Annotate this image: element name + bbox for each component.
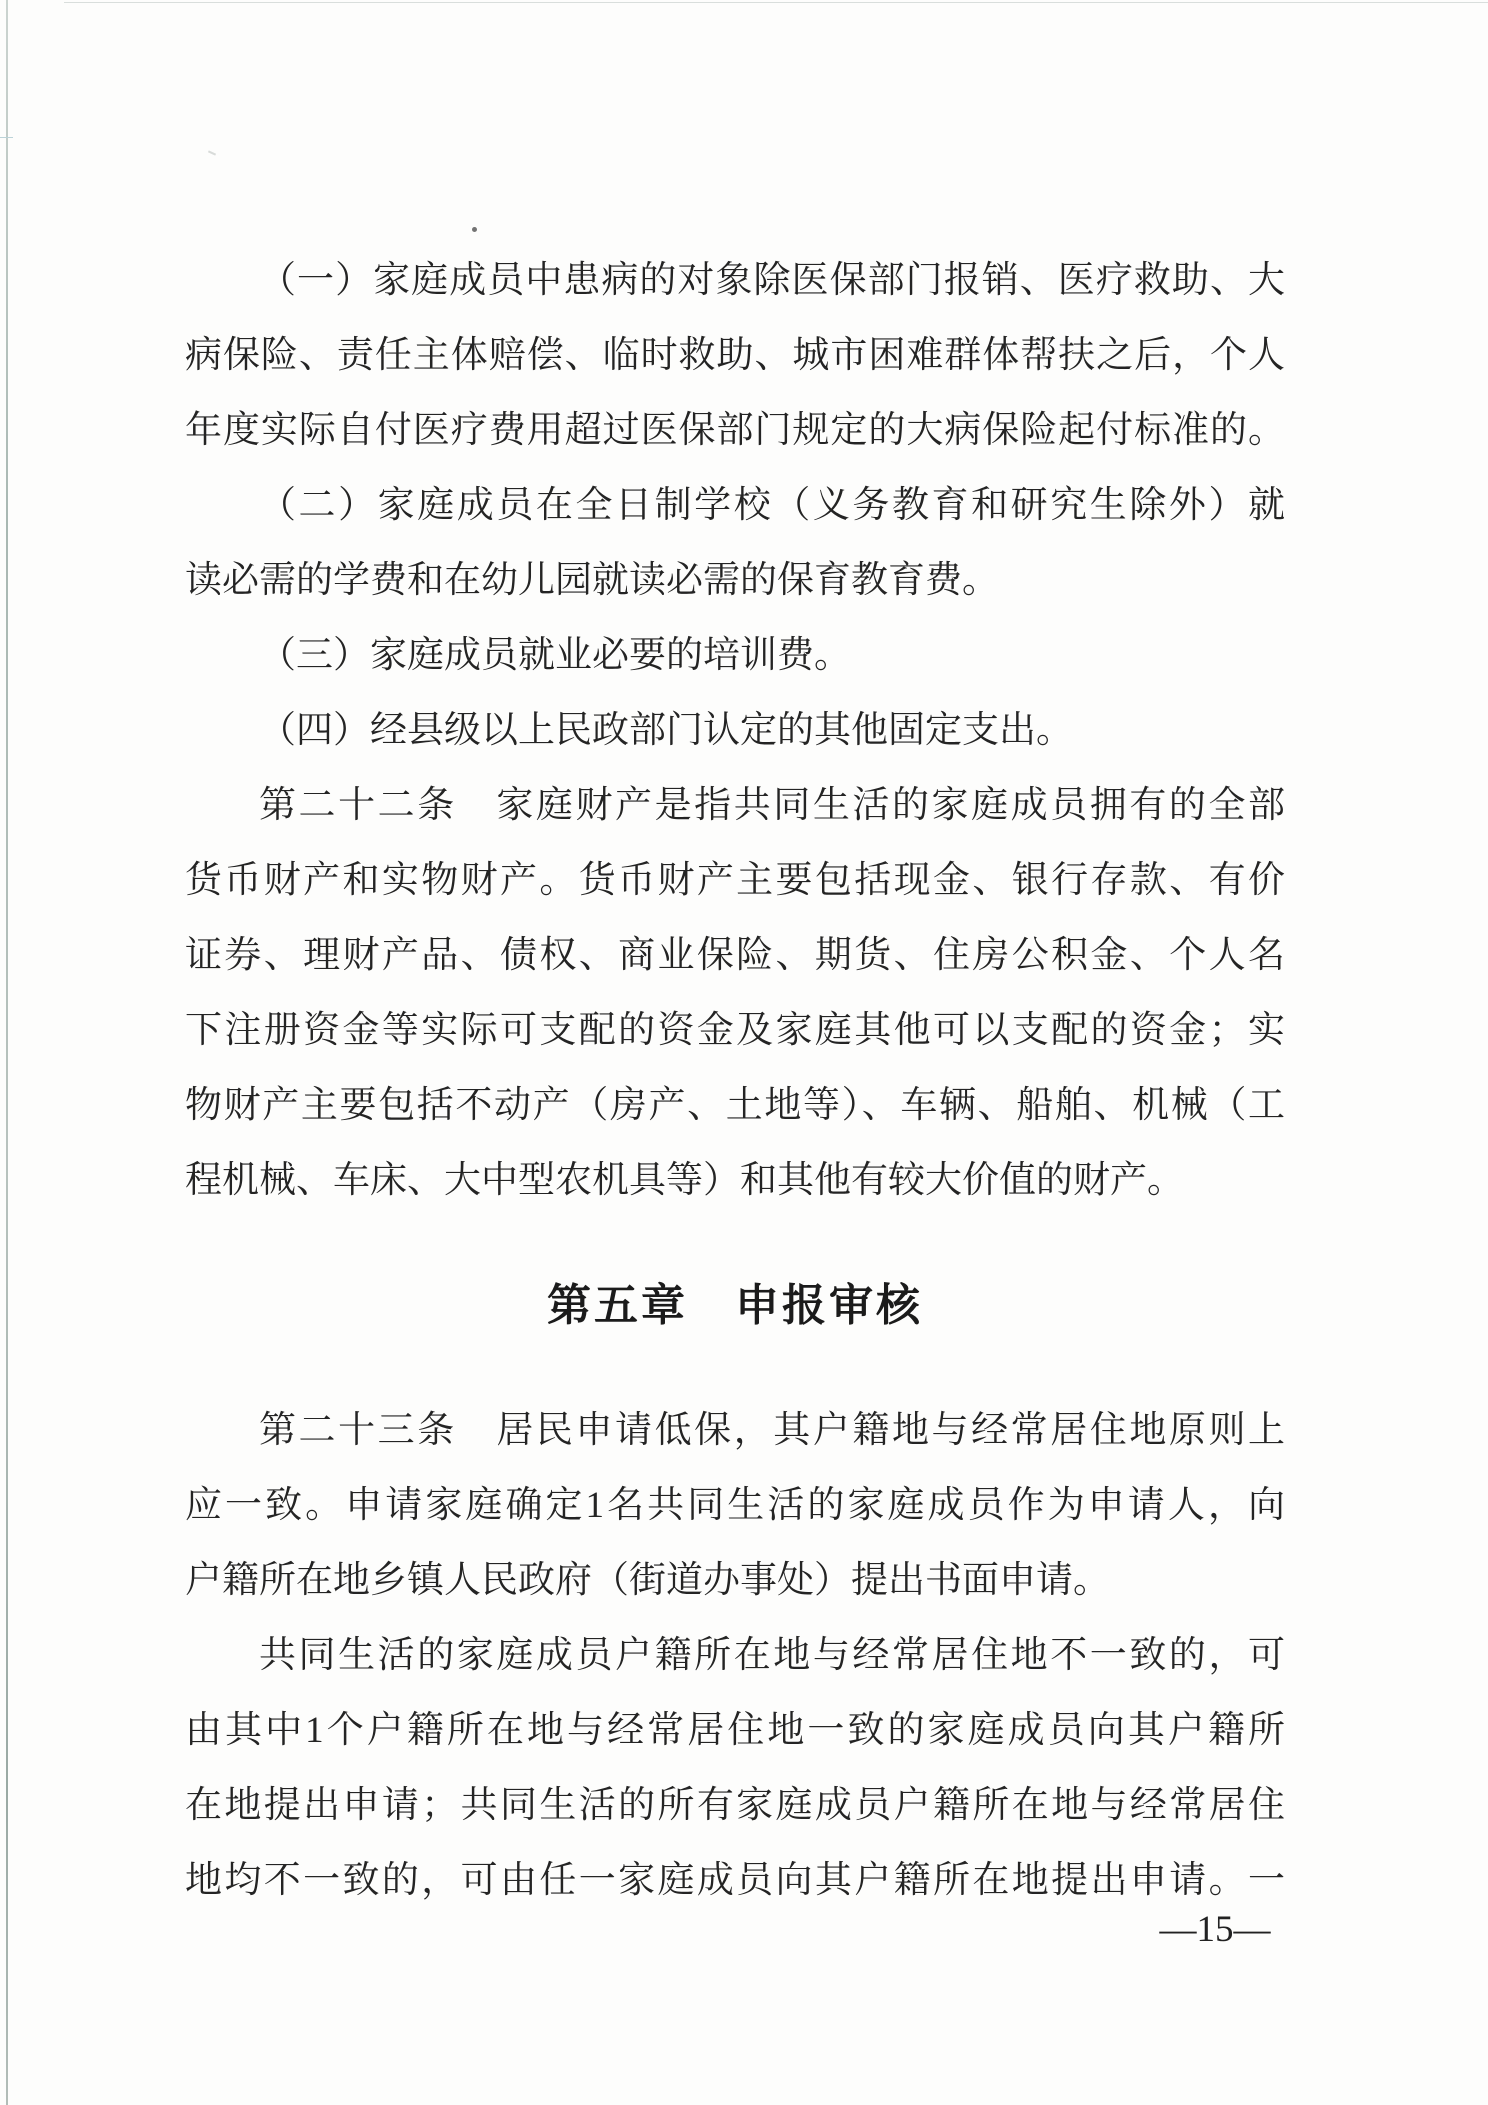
body-line: 共同生活的家庭成员户籍所在地与经常居住地不一致的，可 bbox=[185, 1618, 1285, 1693]
body-line: 年度实际自付医疗费用超过医保部门规定的大病保险起付标准的。 bbox=[185, 393, 1285, 468]
body-line: 由其中1个户籍所在地与经常居住地一致的家庭成员向其户籍所 bbox=[185, 1693, 1285, 1768]
scan-artifact-smudge bbox=[208, 150, 216, 155]
body-line: 第二十三条 居民申请低保，其户籍地与经常居住地原则上 bbox=[185, 1393, 1285, 1468]
body-line: 货币财产和实物财产。货币财产主要包括现金、银行存款、有价 bbox=[185, 843, 1285, 918]
document-body: （一）家庭成员中患病的对象除医保部门报销、医疗救助、大 病保险、责任主体赔偿、临… bbox=[185, 243, 1285, 1918]
body-line: 在地提出申请；共同生活的所有家庭成员户籍所在地与经常居住 bbox=[185, 1768, 1285, 1843]
scanned-document-page: （一）家庭成员中患病的对象除医保部门报销、医疗救助、大 病保险、责任主体赔偿、临… bbox=[0, 0, 1488, 2105]
body-line: 第二十二条 家庭财产是指共同生活的家庭成员拥有的全部 bbox=[185, 768, 1285, 843]
scan-edge-left-line bbox=[6, 0, 8, 2105]
body-line: 应一致。申请家庭确定1名共同生活的家庭成员作为申请人，向 bbox=[185, 1468, 1285, 1543]
body-line: （三）家庭成员就业必要的培训费。 bbox=[185, 618, 1285, 693]
body-line: 地均不一致的，可由任一家庭成员向其户籍所在地提出申请。一 bbox=[185, 1843, 1285, 1918]
body-line: （二）家庭成员在全日制学校（义务教育和研究生除外）就 bbox=[185, 468, 1285, 543]
body-line: 证券、理财产品、债权、商业保险、期货、住房公积金、个人名 bbox=[185, 918, 1285, 993]
body-line: 病保险、责任主体赔偿、临时救助、城市困难群体帮扶之后，个人 bbox=[185, 318, 1285, 393]
body-line: 下注册资金等实际可支配的资金及家庭其他可以支配的资金；实 bbox=[185, 993, 1285, 1068]
scan-artifact-dot bbox=[472, 227, 477, 232]
chapter-heading: 第五章 申报审核 bbox=[185, 1268, 1285, 1343]
page-number: —15— bbox=[1130, 1905, 1300, 1955]
body-line: 程机械、车床、大中型农机具等）和其他有较大价值的财产。 bbox=[185, 1143, 1285, 1218]
body-line: 户籍所在地乡镇人民政府（街道办事处）提出书面申请。 bbox=[185, 1543, 1285, 1618]
scan-artifact-tick bbox=[0, 137, 13, 138]
body-line: 读必需的学费和在幼儿园就读必需的保育教育费。 bbox=[185, 543, 1285, 618]
scan-edge-top-line bbox=[64, 2, 1488, 3]
body-line: （一）家庭成员中患病的对象除医保部门报销、医疗救助、大 bbox=[185, 243, 1285, 318]
body-line: 物财产主要包括不动产（房产、土地等）、车辆、船舶、机械（工 bbox=[185, 1068, 1285, 1143]
body-line: （四）经县级以上民政部门认定的其他固定支出。 bbox=[185, 693, 1285, 768]
